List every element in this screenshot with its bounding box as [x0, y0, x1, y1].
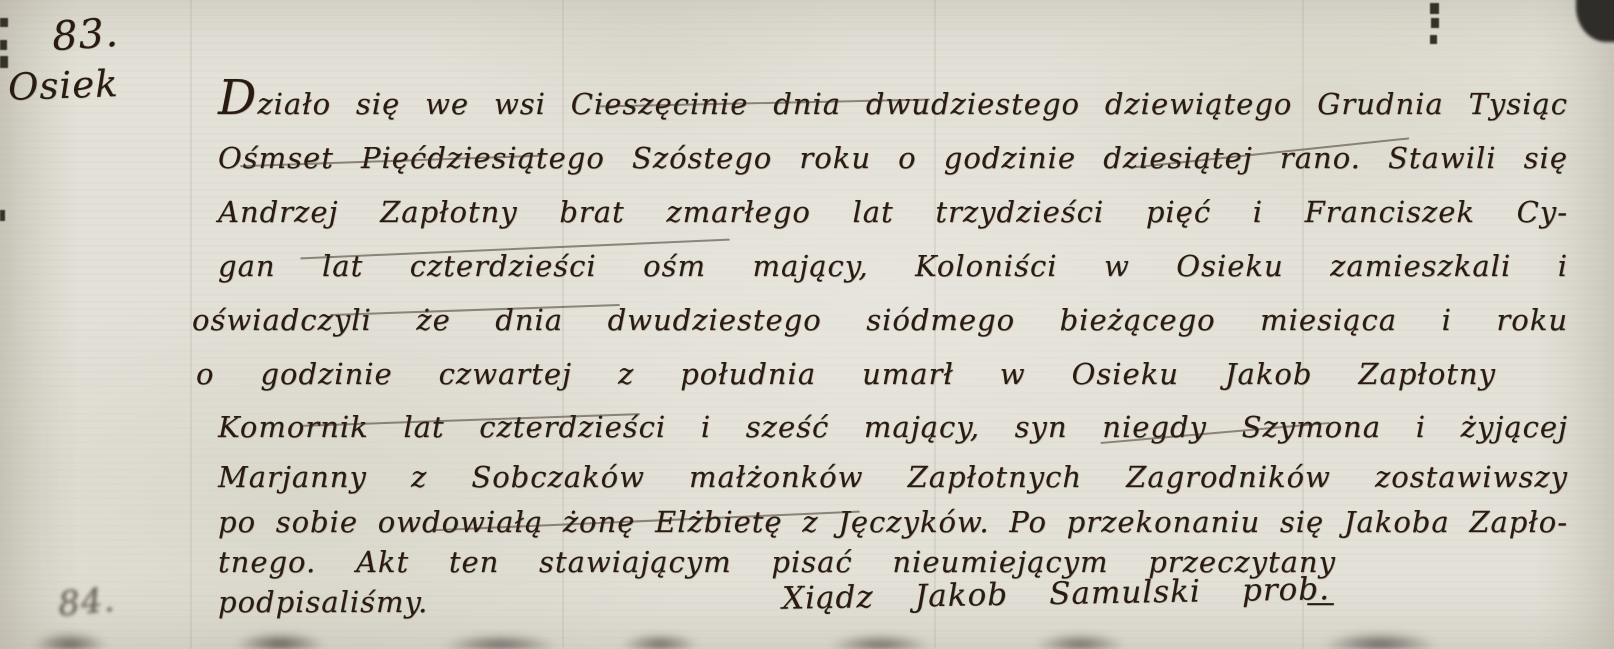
binding-edge-mark — [1431, 18, 1439, 28]
binding-edge-mark — [0, 56, 8, 68]
binding-edge-mark — [0, 210, 5, 221]
record-text-line: oświadczyli że dnia dwudziestego siódmeg… — [192, 300, 1568, 340]
next-record-blurred-text — [0, 624, 1614, 649]
record-text-line: Działo się we wsi Cieszęcinie dnia dwudz… — [218, 84, 1568, 124]
record-text-line: o godzinie czwartej z południa umarł w O… — [196, 354, 1496, 394]
binding-edge-mark — [1430, 35, 1437, 44]
next-record-number: 84. — [56, 580, 116, 625]
binding-edge-mark — [0, 18, 8, 27]
scan-corner-artifact — [1576, 0, 1614, 42]
record-text-line: Andrzej Zapłotny brat zmarłego lat trzyd… — [218, 192, 1568, 232]
record-text-line: Marjanny z Sobczaków małżonków Zapłotnyc… — [218, 457, 1568, 497]
record-number: 83. — [50, 10, 120, 61]
binding-edge-mark — [0, 40, 7, 50]
binding-edge-mark — [1430, 3, 1439, 14]
record-text-line: po sobie owdowiałą żonę Elżbietę z Jęczy… — [218, 502, 1568, 542]
scanned-register-page: 83. Osiek Działo się we wsi Cieszęcinie … — [0, 0, 1614, 649]
record-place-margin-note: Osiek — [7, 62, 119, 109]
record-text-line: Komornik lat czterdzieści i sześć mający… — [218, 407, 1568, 447]
